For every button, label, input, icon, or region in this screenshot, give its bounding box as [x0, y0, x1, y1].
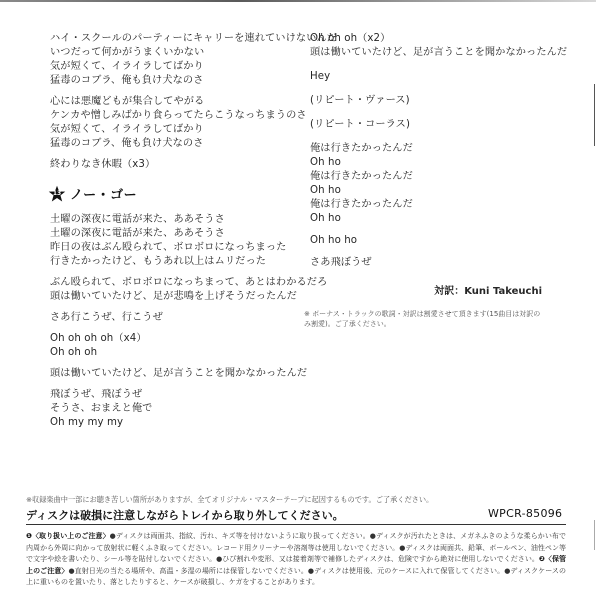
- lyric-line: 気が短くて、イライラしてばかり: [50, 60, 300, 74]
- lyrics-stanza: さあ飛ぼうぜ: [310, 256, 550, 270]
- storage-text: ●直射日光の当たる場所や、高温・多湿の場所には保管しないでください。●ディスクは…: [26, 567, 566, 587]
- care-instructions: ❶〈取り扱い上のご注意〉●ディスクは両面共、指紋、汚れ、キズ等を付けないように取…: [26, 531, 566, 589]
- lyric-line: Oh oh oh: [50, 346, 300, 360]
- footer-divider: [26, 524, 566, 525]
- left-lyrics-column: ハイ・スクールのパーティーにキャリーを連れていけないんだ いつだって何かがうまく…: [50, 32, 300, 437]
- lyrics-stanza: Oh ho ho: [310, 234, 550, 248]
- lyric-line: Hey: [310, 70, 550, 84]
- lyric-line: 俺は行きたかったんだ: [310, 198, 550, 212]
- page-edge-mark-lower: [594, 520, 595, 550]
- lyric-line: 心には悪魔どもが集合してやがる: [50, 95, 300, 109]
- lyrics-stanza: ハイ・スクールのパーティーにキャリーを連れていけないんだ いつだって何かがうまく…: [50, 32, 300, 88]
- lyric-line: ハイ・スクールのパーティーにキャリーを連れていけないんだ: [50, 32, 300, 46]
- lyrics-stanza: (リピート・コーラス): [310, 118, 550, 132]
- lyric-line: 土曜の深夜に電話が来た、ああそうさ: [50, 227, 300, 241]
- lyric-line: 俺は行きたかったんだ: [310, 170, 550, 184]
- lyric-line: さあ飛ぼうぜ: [310, 256, 550, 270]
- bonus-track-note: ※ ボーナス・トラックの歌詞・対訳は割愛させて頂きます(15曲目は対訳のみ割愛)…: [304, 309, 544, 329]
- lyrics-stanza: Oh oh oh（x2） 頭は働いていたけど、足が言うことを聞かなかったんだ: [310, 32, 550, 60]
- lyric-line: 昨日の夜はぶん殴られて、ボロボロになっちまった: [50, 241, 300, 255]
- lyric-line: 猛毒のコブラ、俺も負け犬なのさ: [50, 137, 300, 151]
- catalog-number: WPCR-85096: [488, 507, 562, 520]
- lyric-line: 俺は行きたかったんだ: [310, 142, 550, 156]
- track-number: 13: [48, 190, 66, 198]
- lyrics-stanza: Hey: [310, 70, 550, 84]
- lyric-line: Oh ho: [310, 156, 550, 170]
- lyric-line: Oh oh oh（x2）: [310, 32, 550, 46]
- lyrics-stanza: 土曜の深夜に電話が来た、ああそうさ 土曜の深夜に電話が来た、ああそうさ 昨日の夜…: [50, 213, 300, 269]
- lyric-line: 行きたかったけど、もうあれ以上はムリだった: [50, 255, 300, 269]
- lyric-line: (リピート・ヴァース): [310, 94, 550, 108]
- lyrics-stanza: 心には悪魔どもが集合してやがる ケンカや憎しみばかり食らってたらこうなっちまうの…: [50, 95, 300, 151]
- lyric-line: ケンカや憎しみばかり食らってたらこうなっちまうのさ: [50, 109, 300, 123]
- lyric-line: さあ行こうぜ、行こうぜ: [50, 311, 300, 325]
- lyrics-stanza: 終わりなき休暇（x3）: [50, 158, 300, 172]
- lyric-line: 気が短くて、イライラしてばかり: [50, 123, 300, 137]
- lyric-line: そうさ、おまえと俺で: [50, 402, 300, 416]
- lyrics-stanza: 飛ぼうぜ、飛ぼうぜ そうさ、おまえと俺で Oh my my my: [50, 388, 300, 430]
- song-heading: 13 ノー・ゴー: [48, 184, 300, 203]
- lyric-line: 飛ぼうぜ、飛ぼうぜ: [50, 388, 300, 402]
- lyric-line: Oh oh oh oh（x4）: [50, 332, 300, 346]
- lyric-line: 土曜の深夜に電話が来た、ああそうさ: [50, 213, 300, 227]
- lyrics-stanza: ぶん殴られて、ボロボロになっちまって、あとはわかるだろ 頭は働いていたけど、足が…: [50, 276, 300, 304]
- lyric-line: 猛毒のコブラ、俺も負け犬なのさ: [50, 74, 300, 88]
- lyric-line: 頭は働いていたけど、足が言うことを聞かなかったんだ: [310, 46, 550, 60]
- recording-note: ※収録楽曲中一部にお聴き苦しい箇所がありますが、全てオリジナル・マスターテープに…: [26, 495, 433, 505]
- lyrics-stanza: (リピート・ヴァース): [310, 94, 550, 108]
- song-title: ノー・ゴー: [70, 184, 137, 203]
- lyric-line: ぶん殴られて、ボロボロになっちまって、あとはわかるだろ: [50, 276, 300, 290]
- translator-credit: 対訳：Kuni Takeuchi: [310, 282, 542, 297]
- lyrics-stanza: さあ行こうぜ、行こうぜ: [50, 311, 300, 325]
- lyric-line: 頭は働いていたけど、足が言うことを聞かなかったんだ: [50, 367, 300, 381]
- lyric-line: 終わりなき休暇（x3）: [50, 158, 300, 172]
- right-lyrics-column: Oh oh oh（x2） 頭は働いていたけど、足が言うことを聞かなかったんだ H…: [310, 32, 550, 329]
- lyrics-stanza: 俺は行きたかったんだ Oh ho 俺は行きたかったんだ Oh ho 俺は行きたか…: [310, 142, 550, 226]
- lyric-line: Oh my my my: [50, 416, 300, 430]
- disc-warning: ディスクは破損に注意しながらトレイから取り外してください。: [26, 507, 344, 523]
- lyric-line: Oh ho ho: [310, 234, 550, 248]
- page-top-edge: [0, 0, 596, 2]
- lyric-line: Oh ho: [310, 212, 550, 226]
- lyric-line: いつだって何かがうまくいかない: [50, 46, 300, 60]
- lyrics-stanza: Oh oh oh oh（x4） Oh oh oh: [50, 332, 300, 360]
- star-icon: 13: [48, 185, 66, 203]
- lyric-line: 頭は働いていたけど、足が悲鳴を上げそうだったんだ: [50, 290, 300, 304]
- lyric-line: Oh ho: [310, 184, 550, 198]
- lyrics-stanza: 頭は働いていたけど、足が言うことを聞かなかったんだ: [50, 367, 300, 381]
- lyric-line: (リピート・コーラス): [310, 118, 550, 132]
- handling-heading: ❶〈取り扱い上のご注意〉: [26, 532, 110, 540]
- page-edge-mark: [594, 84, 595, 146]
